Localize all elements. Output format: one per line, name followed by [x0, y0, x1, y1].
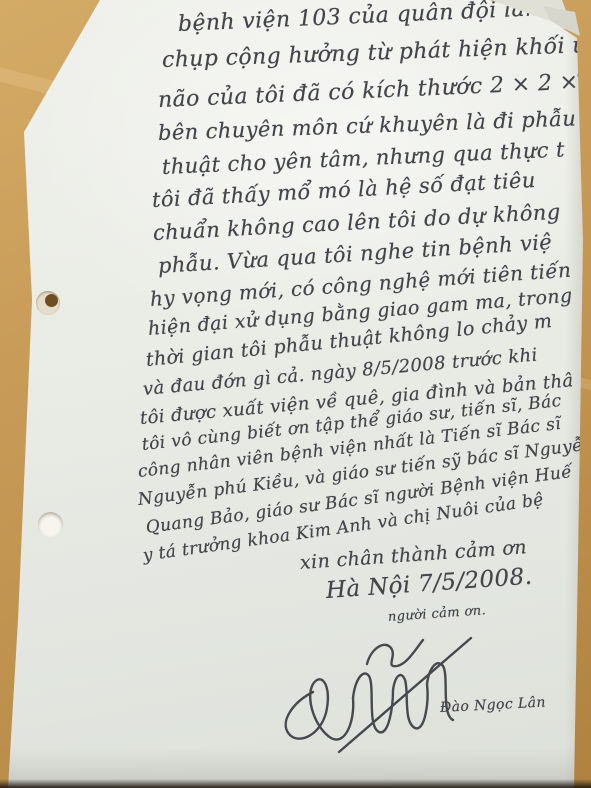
handwriting-line: bệnh viện 103 của quân đội làm [177, 0, 546, 37]
punch-hole-desk-showthrough [45, 294, 58, 307]
handwriting-line-text: não của tôi đã có kích thước 2 × 2 × [158, 70, 580, 113]
size-unit-blue: cm [577, 67, 591, 81]
photo-bottom-shadow [0, 779, 591, 788]
signature [275, 610, 505, 760]
punch-hole-bottom [38, 512, 63, 537]
handwriting-line: não của tôi đã có kích thước 2 × 2 ×cm3 [157, 64, 591, 113]
paper-right-shading [565, 30, 591, 788]
punch-hole-top [36, 291, 60, 315]
letter-photo: bệnh viện 103 của quân đội làm chụp cộng… [0, 0, 591, 788]
letter-paper: bệnh viện 103 của quân đội làm chụp cộng… [0, 0, 591, 788]
